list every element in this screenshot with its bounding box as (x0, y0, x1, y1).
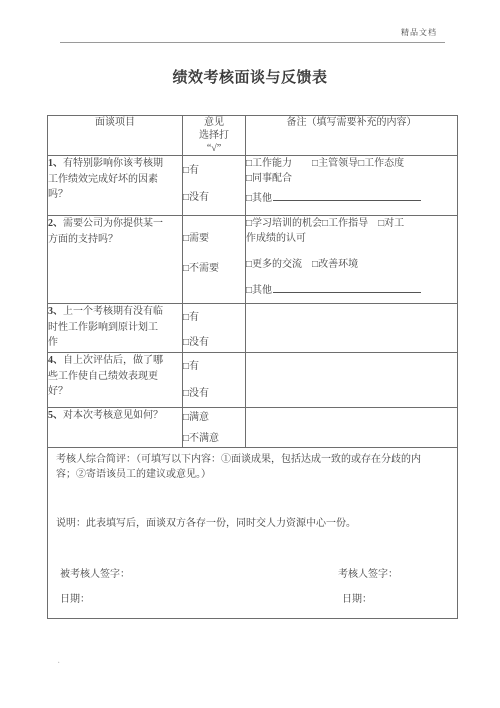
remark-checkbox-line[interactable]: □工作能力 □主管领导□工作态度 (246, 156, 457, 171)
question-line: 方面的支持吗？ (48, 232, 182, 248)
question-line: 好？ (48, 384, 182, 400)
column-header-items: 面谈项目 (48, 116, 183, 156)
column-header-remarks: 备注（填写需要补充的内容） (246, 116, 458, 156)
remarks-cell-4[interactable] (246, 353, 458, 408)
question-line: 些工作使自己绩效表现更 (48, 369, 182, 385)
question-cell-2: 2、需要公司为你提供某一 方面的支持吗？ (48, 216, 183, 304)
question-cell-1: 1、有特别影响你该考核期 工作绩效完成好坏的因素 吗？ (48, 156, 183, 216)
question-text: 对本次考核意见如何？ (63, 410, 163, 421)
examinee-signature-label: 被考核人签字： (60, 567, 130, 583)
remark-checkbox-line[interactable]: □同事配合 (246, 171, 457, 186)
question-cell-4: 4、自上次评估后，做了哪 些工作使自己绩效表现更 好？ (48, 353, 183, 408)
checkbox-option-unsatisfied[interactable]: □不满意 (183, 433, 245, 445)
options-cell-4: □有 □没有 (183, 353, 246, 408)
table-row: 1、有特别影响你该考核期 工作绩效完成好坏的因素 吗？ □有 □没有 □工作能力… (48, 156, 458, 216)
question-number: 4、 (48, 355, 63, 366)
question-line: 3、上一个考核期有没有临 (48, 304, 182, 320)
checkbox-option-yes[interactable]: □有 (183, 165, 245, 177)
column-header-opinion: 意见 选择打 “√” (183, 116, 246, 156)
options-cell-1: □有 □没有 (183, 156, 246, 216)
fill-in-line[interactable] (273, 191, 421, 201)
remark-checkbox-line[interactable]: 作成绩的认可 (246, 231, 457, 246)
checkbox-option-other[interactable]: □其他 (246, 193, 272, 204)
checkbox-option-no[interactable]: □没有 (183, 337, 245, 349)
remark-checkbox-line[interactable]: □更多的交流 □改善环境 (246, 257, 457, 272)
reviewer-summary-line: 容；②寄语该员工的建议或意见。） (56, 467, 211, 483)
question-number: 2、 (48, 218, 63, 229)
question-number: 3、 (48, 306, 63, 317)
question-line: 4、自上次评估后，做了哪 (48, 353, 182, 369)
fill-in-line[interactable] (273, 283, 421, 293)
reviewer-summary-line: 考核人综合简评：（可填写以下内容：①面谈成果，包括达成一致的或存在分歧的内 (56, 452, 421, 468)
question-number: 5、 (48, 410, 63, 421)
question-line: 2、需要公司为你提供某一 (48, 216, 182, 232)
table-row: 考核人综合简评：（可填写以下内容：①面谈成果，包括达成一致的或存在分歧的内 容；… (48, 448, 458, 619)
instruction-note: 说明：此表填写后，面谈双方各存一份，同时交人力资源中心一份。 (56, 516, 356, 532)
date-label-right: 日期： (342, 592, 372, 608)
question-cell-5: 5、对本次考核意见如何？ (48, 408, 183, 448)
remarks-cell-3[interactable] (246, 304, 458, 353)
question-text: 有特别影响你该考核期 (63, 158, 163, 169)
remark-other-line: □其他 (246, 283, 457, 298)
options-cell-5: □满意 □不满意 (183, 408, 246, 448)
checkbox-option-need[interactable]: □需要 (183, 233, 245, 245)
question-line: 吗？ (48, 187, 182, 203)
checkbox-option-yes[interactable]: □有 (183, 312, 245, 324)
question-line: 时性工作影响到原计划工 (48, 320, 182, 336)
form-table: 面谈项目 意见 选择打 “√” 备注（填写需要补充的内容） 1、有特别影响你该考… (47, 115, 458, 619)
question-line: 作 (48, 335, 182, 351)
watermark-text: 精品文档 (401, 27, 437, 38)
table-header-row: 面谈项目 意见 选择打 “√” 备注（填写需要补充的内容） (48, 116, 458, 156)
checkbox-option-other[interactable]: □其他 (246, 285, 272, 296)
options-cell-3: □有 □没有 (183, 304, 246, 353)
remark-checkbox-line[interactable]: □学习培训的机会□工作指导 □对工 (246, 216, 457, 231)
checkbox-option-satisfied[interactable]: □满意 (183, 412, 245, 424)
date-label-left: 日期： (60, 592, 90, 608)
options-cell-2: □需要 □不需要 (183, 216, 246, 304)
question-text: 上一个考核期有没有临 (63, 306, 163, 317)
column-header-opinion-line: 意见 (183, 116, 245, 129)
document-page: 精品文档 绩效考核面谈与反馈表 面谈项目 意见 选择打 “√” 备注（填写需要补… (0, 0, 500, 708)
question-number: 1、 (48, 158, 63, 169)
question-line: 5、对本次考核意见如何？ (48, 408, 182, 424)
checkbox-option-no[interactable]: □没有 (183, 388, 245, 400)
question-line: 1、有特别影响你该考核期 (48, 156, 182, 172)
table-row: 3、上一个考核期有没有临 时性工作影响到原计划工 作 □有 □没有 (48, 304, 458, 353)
stray-mark: · (57, 658, 60, 669)
remarks-cell-1: □工作能力 □主管领导□工作态度 □同事配合 □其他 (246, 156, 458, 216)
column-header-opinion-line: “√” (183, 142, 245, 155)
question-text: 自上次评估后，做了哪 (63, 355, 163, 366)
table-row: 2、需要公司为你提供某一 方面的支持吗？ □需要 □不需要 □学习培训的机会□工… (48, 216, 458, 304)
remark-other-line: □其他 (246, 191, 457, 206)
table-row: 4、自上次评估后，做了哪 些工作使自己绩效表现更 好？ □有 □没有 (48, 353, 458, 408)
question-text: 需要公司为你提供某一 (63, 218, 163, 229)
page-title: 绩效考核面谈与反馈表 (0, 66, 500, 87)
checkbox-option-no-need[interactable]: □不需要 (183, 263, 245, 275)
checkbox-option-no[interactable]: □没有 (183, 192, 245, 204)
header-rule (60, 42, 445, 43)
remarks-cell-5[interactable] (246, 408, 458, 448)
column-header-opinion-line: 选择打 (183, 129, 245, 142)
remarks-cell-2: □学习培训的机会□工作指导 □对工 作成绩的认可 □更多的交流 □改善环境 □其… (246, 216, 458, 304)
table-row: 5、对本次考核意见如何？ □满意 □不满意 (48, 408, 458, 448)
question-line: 工作绩效完成好坏的因素 (48, 172, 182, 188)
question-cell-3: 3、上一个考核期有没有临 时性工作影响到原计划工 作 (48, 304, 183, 353)
summary-cell: 考核人综合简评：（可填写以下内容：①面谈成果，包括达成一致的或存在分歧的内 容；… (48, 448, 458, 619)
checkbox-option-yes[interactable]: □有 (183, 361, 245, 373)
examiner-signature-label: 考核人签字： (338, 567, 398, 583)
